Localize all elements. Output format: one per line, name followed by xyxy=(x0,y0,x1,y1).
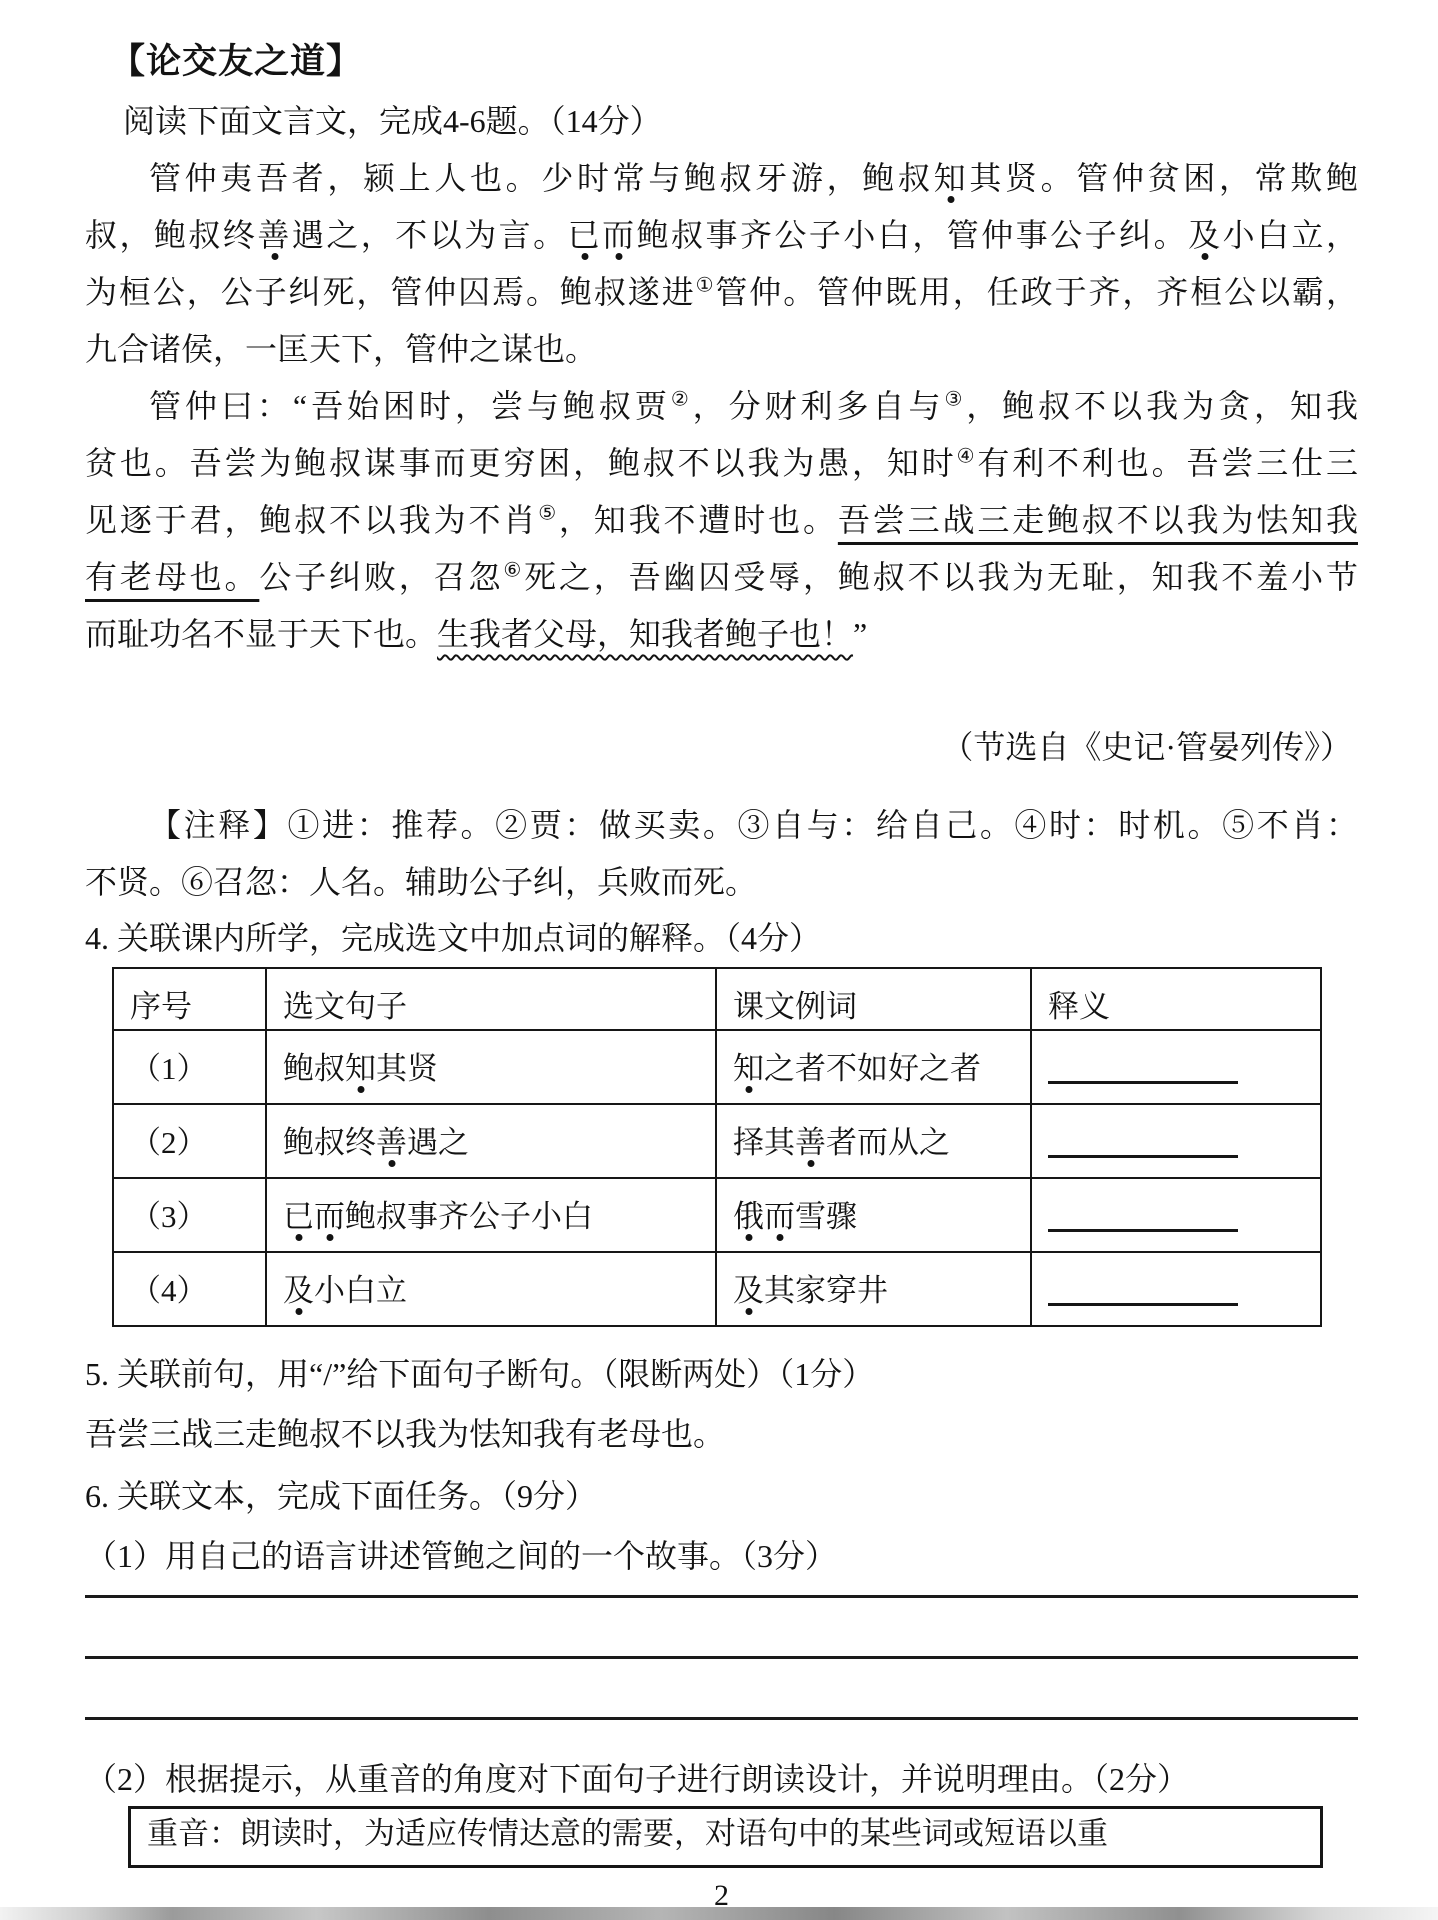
passage-line: 而耻功名不显于天下也。生我者父母，知我者鲍子也！” xyxy=(85,606,1358,663)
row-index: （4） xyxy=(113,1252,266,1326)
sentence-to-punctuate: 吾尝三战三走鲍叔不以我为怯知我有老母也。 xyxy=(85,1411,1358,1457)
question-5-label: 5. 关联前句，用“/”给下面句子断句。（限断两处）（1分） xyxy=(85,1351,1358,1397)
source-attribution: （节选自《史记·管晏列传》） xyxy=(85,725,1352,769)
meaning-cell xyxy=(1031,1030,1321,1104)
column-header-meaning: 释义 xyxy=(1031,968,1321,1030)
textbook-example: 俄而雪骤 xyxy=(716,1178,1031,1252)
hint-text: 重音：朗读时，为适应传情达意的需要，对语句中的某些词或短语以重 xyxy=(147,1816,1108,1851)
exam-document: 【论交友之道】 阅读下面文言文，完成4-6题。（14分） 管仲夷吾者，颍上人也。… xyxy=(0,0,1438,1912)
annotation-note: 不贤。⑥召忽：人名。辅助公子纠，兵败而死。 xyxy=(85,854,1358,911)
passage-line: 管仲曰：“吾始困时，尝与鲍叔贾②，分财利多自与③，鲍叔不以我为贪，知我 xyxy=(85,378,1358,435)
passage-sentence: 已而鲍叔事齐公子小白 xyxy=(266,1178,716,1252)
passage-line: 为桓公，公子纠死，管仲囚焉。鲍叔遂进①管仲。管仲既用，任政于齐，齐桓公以霸， xyxy=(85,264,1358,321)
passage-line: 九合诸侯，一匡天下，管仲之谋也。 xyxy=(85,321,1358,378)
question-6-1-label: （1）用自己的语言讲述管鲍之间的一个故事。（3分） xyxy=(85,1533,1358,1579)
classical-passage: 管仲夷吾者，颍上人也。少时常与鲍叔牙游，鲍叔知其贤。管仲贫困，常欺鲍 叔，鲍叔终… xyxy=(85,150,1358,663)
question-4-label: 4. 关联课内所学，完成选文中加点词的解释。（4分） xyxy=(85,915,1358,961)
table-row: （3） 已而鲍叔事齐公子小白 俄而雪骤 xyxy=(113,1178,1321,1252)
question-6-2-label: （2）根据提示，从重音的角度对下面句子进行朗读设计，并说明理由。（2分） xyxy=(85,1756,1358,1802)
reading-instruction: 阅读下面文言文，完成4-6题。（14分） xyxy=(123,98,1358,144)
table-row: （1） 鲍叔知其贤 知之者不如好之者 xyxy=(113,1030,1321,1104)
answer-blank xyxy=(1048,1201,1238,1232)
row-index: （1） xyxy=(113,1030,266,1104)
answer-blank xyxy=(1048,1275,1238,1306)
question-6-label: 6. 关联文本，完成下面任务。（9分） xyxy=(85,1473,1358,1519)
table-row: （4） 及小白立 及其家穿井 xyxy=(113,1252,1321,1326)
meaning-cell xyxy=(1031,1252,1321,1326)
column-header-index: 序号 xyxy=(113,968,266,1030)
answer-area xyxy=(85,1579,1358,1720)
scan-fade-artifact xyxy=(1110,1812,1320,1862)
passage-line: 管仲夷吾者，颍上人也。少时常与鲍叔牙游，鲍叔知其贤。管仲贫困，常欺鲍 xyxy=(85,150,1358,207)
textbook-example: 及其家穿井 xyxy=(716,1252,1031,1326)
passage-sentence: 鲍叔知其贤 xyxy=(266,1030,716,1104)
textbook-example: 知之者不如好之者 xyxy=(716,1030,1031,1104)
row-index: （2） xyxy=(113,1104,266,1178)
meaning-cell xyxy=(1031,1104,1321,1178)
stress-hint-box: 重音：朗读时，为适应传情达意的需要，对语句中的某些词或短语以重 xyxy=(128,1806,1323,1868)
passage-sentence: 鲍叔终善遇之 xyxy=(266,1104,716,1178)
answer-line xyxy=(85,1579,1358,1598)
scan-edge-strip xyxy=(0,1907,1438,1920)
section-title: 【论交友之道】 xyxy=(110,40,1358,84)
passage-line: 叔，鲍叔终善遇之，不以为言。已而鲍叔事齐公子小白，管仲事公子纠。及小白立， xyxy=(85,207,1358,264)
table-header-row: 序号 选文句子 课文例词 释义 xyxy=(113,968,1321,1030)
answer-line xyxy=(85,1659,1358,1720)
passage-line: 见逐于君，鲍叔不以我为不肖⑤，知我不遭时也。吾尝三战三走鲍叔不以我为怯知我 xyxy=(85,492,1358,549)
passage-line: 有老母也。公子纠败，召忽⑥死之，吾幽囚受辱，鲍叔不以我为无耻，知我不羞小节 xyxy=(85,549,1358,606)
meaning-cell xyxy=(1031,1178,1321,1252)
column-header-example: 课文例词 xyxy=(716,968,1031,1030)
answer-line xyxy=(85,1598,1358,1659)
passage-line: 贫也。吾尝为鲍叔谋事而更穷困，鲍叔不以我为愚，知时④有利不利也。吾尝三仕三 xyxy=(85,435,1358,492)
passage-sentence: 及小白立 xyxy=(266,1252,716,1326)
table-row: （2） 鲍叔终善遇之 择其善者而从之 xyxy=(113,1104,1321,1178)
word-explanation-table: 序号 选文句子 课文例词 释义 （1） 鲍叔知其贤 知之者不如好之者 （2） 鲍… xyxy=(112,967,1322,1327)
annotation-note: 【注释】①进：推荐。②贾：做买卖。③自与：给自己。④时：时机。⑤不肖： xyxy=(85,797,1358,854)
row-index: （3） xyxy=(113,1178,266,1252)
textbook-example: 择其善者而从之 xyxy=(716,1104,1031,1178)
answer-blank xyxy=(1048,1127,1238,1158)
column-header-sentence: 选文句子 xyxy=(266,968,716,1030)
answer-blank xyxy=(1048,1053,1238,1084)
